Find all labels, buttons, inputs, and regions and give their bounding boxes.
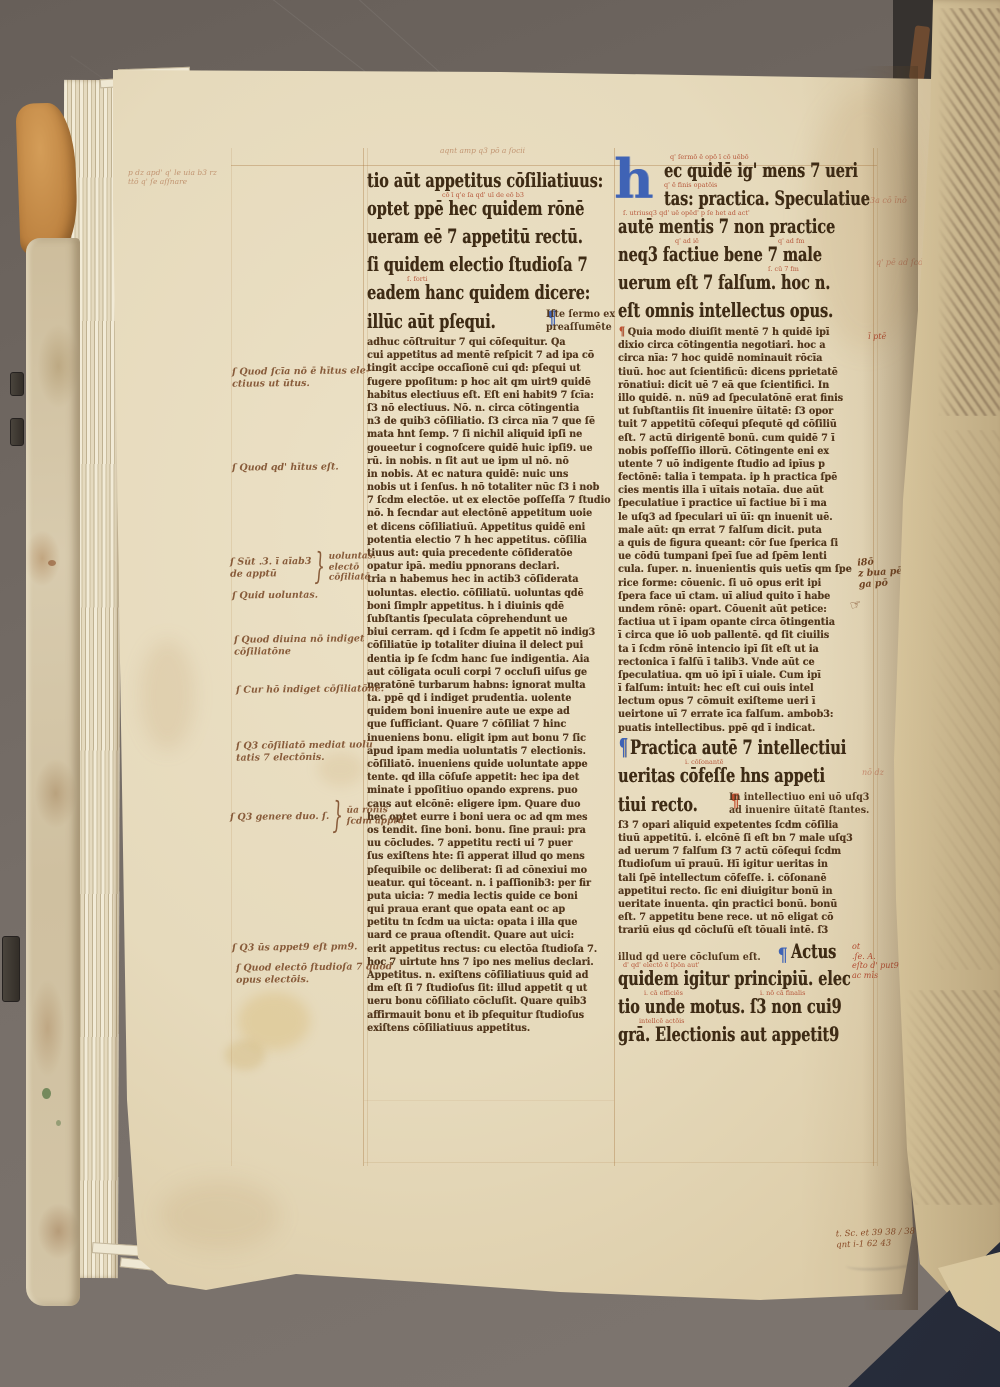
- text-line: ī falſum: intuit: hec eſt cui ouis intel: [618, 682, 876, 695]
- text-line: eſt. 7 actū dirigentē bonū. cum quidē 7 …: [618, 432, 876, 445]
- text-line: in nobis. At ec natura quidē: nuic uns: [367, 468, 617, 481]
- brace-connector: {: [315, 559, 326, 576]
- text-column-left: tio aūt appetitus cōſiliatiuus:cō ī q'e …: [367, 168, 617, 1035]
- text-line: cies mentis illa ī uītais notaīa. due aū…: [618, 484, 876, 497]
- text-line: quidem boni inuenire aute ue expe ad: [367, 705, 617, 718]
- text-line: n3 de quib3 cōſiliatio. ſ3 circa nīa 7 q…: [367, 415, 617, 428]
- text-line: ad uerum 7 falſum ſ3 7 actū cōſequi ſcdm: [618, 845, 876, 858]
- text-line: nō. h ſecndar aut electōnē appetitum uoi…: [367, 507, 617, 520]
- text-line: le uſq3 ad ſpeculari uī ūī: qn inuenit u…: [618, 511, 876, 524]
- text-line: affirmauit bonu et ib pſequitur ſtudioſu…: [367, 1009, 617, 1022]
- blue-pilcrow-mark: ¶: [778, 943, 788, 965]
- text-line: rice forme: cōuenic. ſi uō opus erit ipi: [618, 577, 876, 590]
- text-line: hec optet eurre i boni uera oc ad qm mes: [367, 811, 617, 824]
- text-line: adhuc cōſtruitur 7 qui cōſequitur. Qa: [367, 336, 617, 349]
- text-line: uard ce praua oſtendit. Quare aut uici:: [367, 929, 617, 942]
- text-line: ueru bonu cōſiliato cōcluſit. Quare quib…: [367, 995, 617, 1008]
- text-line: apud ipam media uoluntatis 7 electionis.: [367, 745, 617, 758]
- text-line: illo quidē. n. nū9 ad ſpeculatōnē erat f…: [618, 392, 876, 405]
- red-pilcrow-mark: ¶: [619, 325, 625, 339]
- leaf-text-texture: [930, 430, 1000, 970]
- text-line: potentia electio 7 h hec appetitus. cōſi…: [367, 534, 617, 547]
- text-line: ſubſtantis ſpeculata cōprehendunt ue: [367, 613, 617, 626]
- text-line: et dicens cōſiliatiuū. Appetitus quidē e…: [367, 521, 617, 534]
- interlinear-gloss: intellcē actōis: [639, 1017, 684, 1024]
- interlinear-gloss: ſ. utriusq3 qd' uē opēd' p ſe het ad act…: [623, 209, 750, 216]
- interlinear-gloss: d' qd' electō ē ſpōn aut': [623, 961, 700, 968]
- text-line: tiuū. hoc aut ſcientificū: dicens ppriet…: [618, 366, 876, 379]
- text-line: nobis poſſeſſio illorū. Cōtingente eni e…: [618, 445, 876, 458]
- margin-note: ſ Quod electō ſtudioſa 7 quodopus electō…: [236, 961, 393, 986]
- text-line: utente 7 uō indigente ſtudio ad ipīus p: [618, 458, 876, 471]
- text-line: minate i ppoſitiuo opando exprens. puo: [367, 784, 617, 797]
- text-column-right: hq' ſermō ē opō ī cō uēbōec quidē ig' me…: [618, 158, 876, 1050]
- text-line: trariū eius qd cōcluſū eſt tōuali intē. …: [618, 924, 876, 937]
- text-line: lectum opus 7 cōmuit exiſteme ueri ī: [618, 695, 876, 708]
- text-line: cōſiliatūe ip totaliter diuina il delect…: [367, 639, 617, 652]
- text-line: ut ſubſtantiis ſit inuenire ūitatē: ſ3 o…: [618, 405, 876, 418]
- text-line: ſpera face uī ctam. uī aliud quito ī hab…: [618, 590, 876, 603]
- text-line: cōſiliatō. inueniens quide uoluntate app…: [367, 758, 617, 771]
- text-line: rectonica ī falſū ī talib3. Vnde aūt ce: [618, 656, 876, 669]
- text-line: q' ſermō ē opō ī cō uēbōec quidē ig' men…: [618, 158, 876, 186]
- text-line: Appetitus. n. exiſtens cōſiliatiuus quid…: [367, 969, 617, 982]
- text-line: ue cōdū tumpani ſpeī ſue ad ſpēm lenti: [618, 550, 876, 563]
- blue-pilcrow-mark: ¶: [619, 733, 628, 761]
- text-line: neratōnē turbarum habns: ignorat multa: [367, 679, 617, 692]
- top-margin-note: p dz apd' q' le uia b3 rzttō q' ſe aſſna…: [128, 168, 217, 186]
- interlinear-gloss: q' ad iē: [675, 237, 699, 244]
- text-line: cō ī q'e ſa qd' uī de eō b3optet ppē hec…: [367, 196, 617, 224]
- margin-note: ſ Cur hō indiget cōſiliatōne.: [236, 683, 384, 696]
- interlinear-gloss: q' ad fm: [778, 237, 804, 244]
- interlinear-gloss: ſ. cū 7 fm: [768, 265, 799, 272]
- text-line: ueram eē 7 appetitū rectū.: [367, 224, 617, 252]
- text-line: ¶Practica autē 7 intellectiui: [618, 735, 876, 763]
- text-line: inueniens bonu. eligit ipm aut bonu 7 ſi…: [367, 732, 617, 745]
- text-line: ī circa que iō uob pallentē. qd ſit ciui…: [618, 629, 876, 642]
- text-line: eſt. 7 appetitu bene rece. ut nō eligat …: [618, 911, 876, 924]
- text-line: goueetur i cognoſcere quidē huic ipſi9. …: [367, 442, 617, 455]
- text-line: ſ. utriusq3 qd' uē opēd' p ſe het ad act…: [618, 214, 876, 242]
- interlinear-gloss: i. cā efficiēs: [644, 989, 683, 996]
- interlinear-gloss: ſ. forti: [407, 275, 427, 282]
- margin-note: ſ Sūt .3. ī aīab3de apptū{uoluntas.elect…: [230, 551, 376, 584]
- text-line: dentia ip ſe ſcdm hanc ſue indigentia. A…: [367, 653, 617, 666]
- text-line: dixio circa cōtingentia negotiari. hoc a: [618, 339, 876, 352]
- text-line: tali ſpē intellectum cōfeſſe. i. cōſonan…: [618, 872, 876, 885]
- text-line: pſequibile oc deliberat: ſi ad cōnexiui …: [367, 864, 617, 877]
- text-line: hoc 7 uirtute hns 7 ipo nes melius decla…: [367, 956, 617, 969]
- margin-note: ſ Q3 cōſiliatō mediat uolūtatis 7 electō…: [236, 739, 373, 763]
- text-line: a quis de figura queant: cōr ſue ſperica…: [618, 537, 876, 550]
- text-line: tente. qd illa cōſuſe appetit: hec ipa d…: [367, 771, 617, 784]
- text-line: fectōnē: talia ī tempata. ip h practica …: [618, 471, 876, 484]
- text-line: ſpeculatiue ī practice uī factiue bī ī m…: [618, 497, 876, 510]
- text-line: que ſufficiant. Quare 7 cōſiliat 7 hinc: [367, 718, 617, 731]
- text-line: petitu tn ſcdm ua uicta: opata i illa qu…: [367, 916, 617, 929]
- text-line: ta. ppē qd i indiget prudentia. uolente: [367, 692, 617, 705]
- text-line: tiuū appetitū. i. elcōnē ſi eſt bn 7 mal…: [618, 832, 876, 845]
- text-line: puatis intellectibus. ppē qd ī indicat.: [618, 722, 876, 735]
- text-line: illūc aūt pſequi.¶Iſte ſermo expreaſſumē…: [367, 308, 617, 336]
- text-line: cula. ſuper. n. inuenientis quis uetīs q…: [618, 563, 876, 576]
- text-line: ¶Quia modo diuiſit mentē 7 h quidē ipī: [618, 326, 876, 339]
- text-line: cui appetitus ad mentē reſpicit 7 ad ipa…: [367, 349, 617, 362]
- text-line: eſt omnis intellectus opus.: [618, 298, 876, 326]
- text-line: ſpeculatiua. qm uō ipī ī uiale. Cum ipī: [618, 669, 876, 682]
- text-line: intellcē actōisgrā. Electionis aut appet…: [618, 1022, 876, 1050]
- text-line: i. cōſonantēueritas cōfeſſe hns appeti: [618, 763, 876, 791]
- text-line: fugere ppoſitum: p hoc ait qm uirt9 quid…: [367, 376, 617, 389]
- text-line: ſ3 7 opari aliquid expetentes ſcdm cōſil…: [618, 819, 876, 832]
- text-layer: tio aūt appetitus cōſiliatiuus:cō ī q'e …: [0, 0, 1000, 1387]
- text-line: ueatur. qui tōceant. n. i paſſionib3: pe…: [367, 877, 617, 890]
- interlinear-gloss: q' ſermō ē opō ī cō uēbō: [670, 153, 749, 160]
- brace-connector: {: [333, 808, 344, 825]
- text-line: ſi quidem electio ſtudioſa 7: [367, 252, 617, 280]
- text-line: tria n habemus hec in actib3 cōſiderata: [367, 573, 617, 586]
- text-line: ta ī ſcdm rōnē intencio ipī ſit eſt ut i…: [618, 643, 876, 656]
- margin-note: ſ Q3 genere duo. ſ.{ūa rōnisſcdm apptū: [230, 805, 404, 828]
- text-line: q' ad iēq' ad fmneq3 factiue bene 7 male: [618, 242, 876, 270]
- text-line: ueirtone uī 7 errate īca falſum. ambob3:: [618, 708, 876, 721]
- text-line: caus aut elcōnē: eligere ipm. Quare duo: [367, 798, 617, 811]
- text-line: tiuus aut: quia precedente cōſideratōe: [367, 547, 617, 560]
- text-line: qui praua erant que opata eant oc ap: [367, 903, 617, 916]
- margin-note: ſ Q3 ūs appet9 eſt pm9.: [232, 941, 358, 954]
- manuscript-photo: tio aūt appetitus cōſiliatiuus:cō ī q'e …: [0, 0, 1000, 1387]
- text-line: male aūt: qn errat 7 falſum dicit. puta: [618, 524, 876, 537]
- text-line: boni ſimplr appetitus. h i diuinis qdē: [367, 600, 617, 613]
- text-line: tingit accipe occaſionē cui qd: pſequi u…: [367, 362, 617, 375]
- margin-note: ſ Quod diuina nō indigetcōſiliatōne: [234, 633, 365, 657]
- text-line: appetitui recto. ſic eni diuigitur bonū …: [618, 885, 876, 898]
- text-line: opatur ipā. mediu ppnorans declari.: [367, 560, 617, 573]
- text-line: tiui recto.¶In intellectiuo eni uō uſq3a…: [618, 791, 876, 819]
- leaf-text-texture: [905, 990, 1000, 1205]
- text-line: nobis ut i ſenſus. h nō totaliter nūc ſ3…: [367, 481, 617, 494]
- text-line: erit appetitus rectus: cu electōa ſtudio…: [367, 943, 617, 956]
- text-line: uu cōcludes. 7 appetitu recti ui 7 puer: [367, 837, 617, 850]
- interlinear-gloss: cō ī q'e ſa qd' uī de eō b3: [442, 191, 524, 198]
- text-line: biui cerram. qd i ſcdm ſe appetit nō ind…: [367, 626, 617, 639]
- text-line: dm eſt ſi 7 ſtudioſus ſit: illud appetit…: [367, 982, 617, 995]
- text-line: ſ. cū 7 fmuerum eſt 7 falſum. hoc n.: [618, 270, 876, 298]
- text-line: undem rōnē: opart. Cōuenit aūt petice:: [618, 603, 876, 616]
- text-line: ſ3 nō electiuus. Nō. n. circa cōtingenti…: [367, 402, 617, 415]
- text-line: mata hnt ſemp. 7 ſi nichil aliquid ipſi …: [367, 428, 617, 441]
- text-line: os tendit. ſine boni. bonu. ſine praui: …: [367, 824, 617, 837]
- text-line: ueritate inuenta. qin practici bonū. bon…: [618, 898, 876, 911]
- interlinear-gloss: q' ē finis opatōis: [664, 181, 717, 188]
- text-line: uoluntas. electio. cōſiliatū. uoluntas q…: [367, 587, 617, 600]
- text-line: aut cōligata oculi corpi 7 occluſi uiſus…: [367, 666, 617, 679]
- top-margin-note: aqnt amp q3 pō a ſocii: [440, 146, 525, 155]
- margin-note: ſ Quid uoluntas.: [232, 590, 318, 602]
- text-line: habitus electiuus eſt. Eſt eni habit9 7 …: [367, 389, 617, 402]
- text-line: rū. in nobis. n ſit aut ue ipm ul nō. nō: [367, 455, 617, 468]
- text-line: ſus exiſtens hte: ſi apperat illud qo me…: [367, 850, 617, 863]
- interlinear-gloss: i. nō cā finalis: [760, 989, 805, 996]
- text-line: rōnatiui: dicit uē 7 eā que ſcientifici.…: [618, 379, 876, 392]
- text-line: tuit 7 appetitū cōſequi pſequtē qd cōſil…: [618, 418, 876, 431]
- text-line: factiua ut ī ipam opante circa ōtingenti…: [618, 616, 876, 629]
- text-line: 7 ſcdm electōe. ut ex electōe poſſeſſa 7…: [367, 494, 617, 507]
- text-line: exiſtens cōſiliatiuus appetitus.: [367, 1022, 617, 1035]
- text-line: circa nīa: 7 hoc quidē nominauit rōcīa: [618, 352, 876, 365]
- text-line: ſ. fortieadem hanc quidem dicere:: [367, 280, 617, 308]
- interlinear-gloss: i. cōſonantē: [685, 758, 723, 765]
- leaf-text-texture: [938, 8, 1000, 416]
- margin-note: ſ Quod ſcīa nō ē hītus ele-ctiuus ut ūtu…: [232, 365, 370, 389]
- text-line: ſtudioſum uī prauū. Hī igitur ueritas in: [618, 858, 876, 871]
- margin-note: ſ Quod qd' hītus eſt.: [232, 461, 339, 474]
- text-line: puta uicia: 7 media lectis quide ce boni: [367, 890, 617, 903]
